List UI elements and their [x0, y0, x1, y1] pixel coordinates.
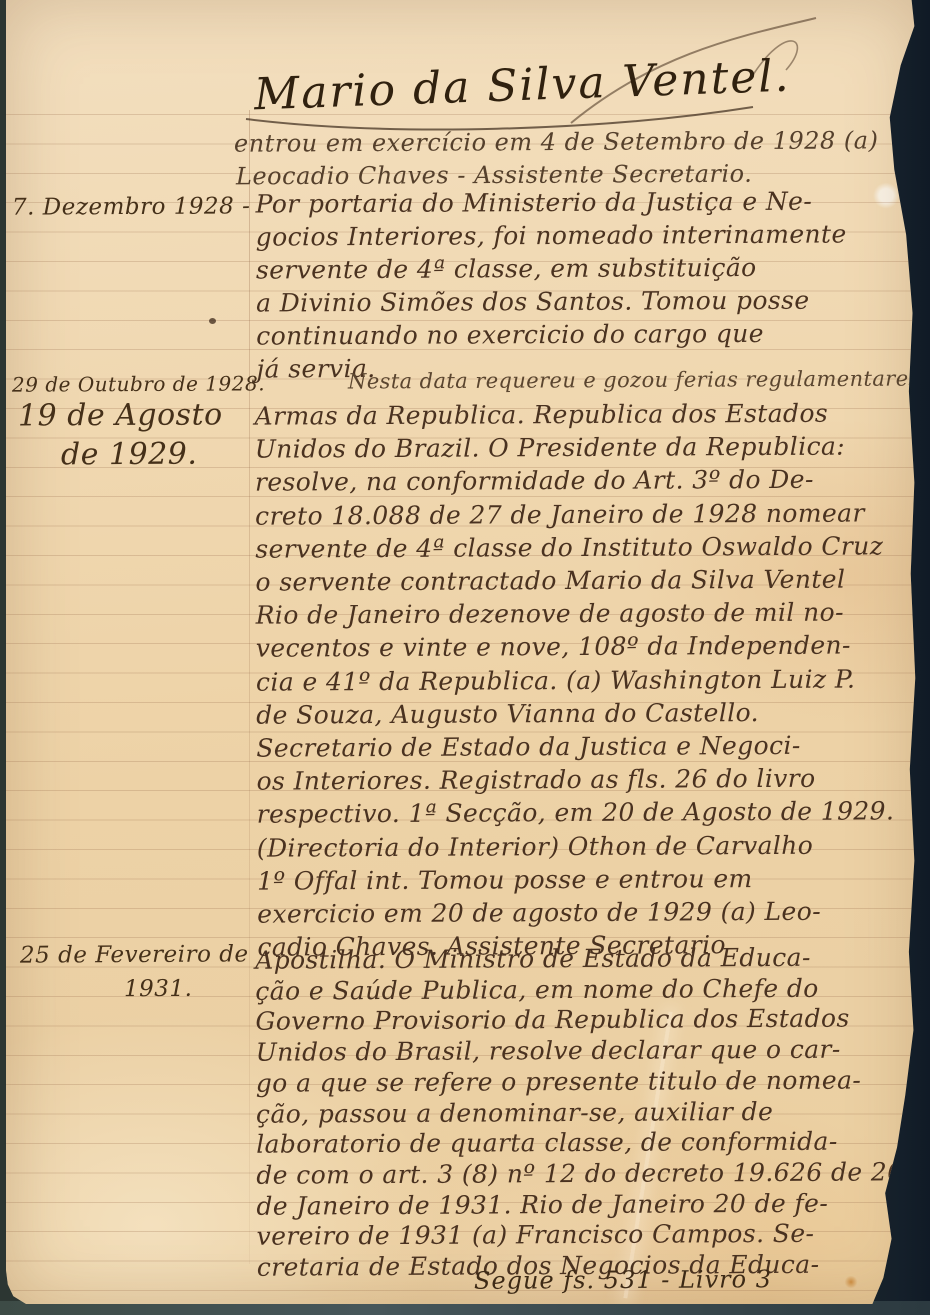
handwritten-line: Unidos do Brasil, resolve declarar que o… [256, 1034, 903, 1068]
entry-body: Por portaria do Ministerio da Justiça e … [255, 184, 847, 385]
handwritten-line: vereiro de 1931 (a) Francisco Campos. Se… [257, 1219, 904, 1253]
handwritten-line: de com o art. 3 (8) nº 12 do decreto 19.… [256, 1157, 903, 1191]
handwritten-line: exercicio em 20 de agosto de 1929 (a) Le… [257, 894, 895, 931]
handwritten-line: ção e Saúde Publica, em nome do Chefe do [255, 973, 902, 1007]
subtitle-line: entrou em exercício em 4 de Setembro de … [234, 126, 879, 157]
handwritten-line: Unidos do Brazil. O Presidente da Republ… [255, 430, 893, 467]
handwritten-line: Nesta data requereu e gozou ferias regul… [348, 365, 920, 396]
entry-date: 1931. [124, 976, 192, 1002]
photo-backdrop: Mario da Silva Ventel. entrou em exercíc… [0, 0, 930, 1315]
handwritten-line: go a que se refere o presente titulo de … [256, 1065, 903, 1099]
entry-body: Apostilha. O Ministro de Estado da Educa… [255, 942, 904, 1283]
handwritten-line: creto 18.088 de 27 de Janeiro de 1928 no… [255, 496, 893, 533]
handwritten-line: de Janeiro de 1931. Rio de Janeiro 20 de… [256, 1188, 903, 1222]
handwritten-line: servente de 4ª classe do Instituto Oswal… [255, 529, 893, 566]
entry-date: 7. Dezembro 1928 - [12, 193, 250, 220]
entry-date: 25 de Fevereiro de [20, 941, 249, 968]
handwritten-line: Governo Provisorio da Republica dos Esta… [255, 1004, 902, 1038]
handwritten-line: a Divinio Simões dos Santos. Tomou posse [256, 283, 847, 319]
handwritten-line: (Directoria do Interior) Othon de Carval… [257, 828, 895, 865]
entry-date: de 1929. [61, 437, 198, 473]
handwritten-line: servente de 4ª classe, em substituição [256, 250, 847, 286]
margin-rule [249, 110, 250, 1264]
handwritten-line: Rio de Janeiro dezenove de agosto de mil… [256, 596, 894, 633]
entry-date: 19 de Agosto [18, 397, 223, 433]
handwritten-line: vecentos e vinte e nove, 108º da Indepen… [256, 629, 894, 666]
entry-body: Armas da Republica. Republica dos Estado… [255, 396, 896, 964]
handwritten-line: resolve, na conformidade do Art. 3º do D… [255, 463, 893, 500]
handwritten-line: Apostilha. O Ministro de Estado da Educa… [255, 942, 902, 976]
handwritten-line: Secretario de Estado da Justica e Negoci… [256, 728, 894, 765]
handwritten-line: laboratorio de quarta classe, de conform… [256, 1127, 903, 1161]
handwritten-line: cia e 41º da Republica. (a) Washington L… [256, 662, 894, 699]
handwritten-line: o servente contractado Mario da Silva Ve… [255, 562, 893, 599]
handwritten-line: Por portaria do Ministerio da Justiça e … [255, 184, 846, 220]
entry-date: 29 de Outubro de 1928. [12, 371, 265, 396]
ink-spot [209, 318, 216, 324]
handwritten-line: os Interiores. Registrado as fls. 26 do … [256, 762, 894, 799]
handwritten-line: de Souza, Augusto Vianna do Castello. [256, 695, 894, 732]
handwritten-line: respectivo. 1ª Secção, em 20 de Agosto d… [257, 795, 895, 832]
handwritten-line: gocios Interiores, foi nomeado interinam… [256, 217, 847, 253]
handwritten-line: Armas da Republica. Republica dos Estado… [255, 396, 893, 433]
handwritten-line: continuando no exercicio do cargo que [256, 316, 847, 352]
handwritten-line: 1º Offal int. Tomou posse e entrou em [257, 861, 895, 898]
entry-body: Nesta data requereu e gozou ferias regul… [348, 365, 920, 396]
document-page: Mario da Silva Ventel. entrou em exercíc… [6, 0, 918, 1304]
footer-note: Segue fs. 531 - Livro 3 [474, 1265, 772, 1295]
handwritten-line: ção, passou a denominar-se, auxiliar de [256, 1096, 903, 1130]
